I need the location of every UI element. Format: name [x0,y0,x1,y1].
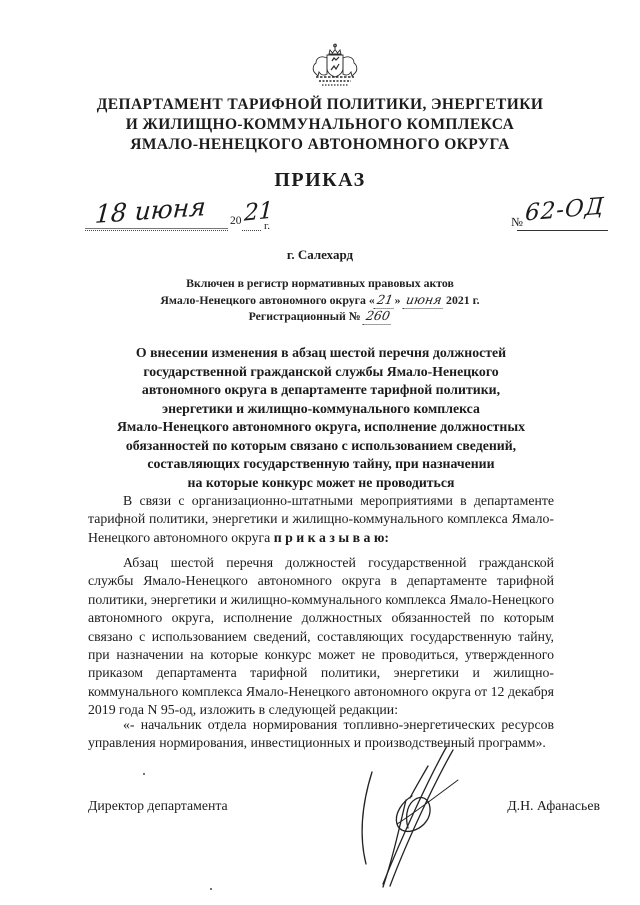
registration-line2: Ямало-Ненецкого автономного округа «21» … [0,292,640,309]
scan-speck [143,773,145,775]
handwritten-order-number: 62-ОД [524,193,605,226]
registration-number-label: Регистрационный № [249,309,361,323]
scan-speck [210,888,212,890]
handwritten-reg-day: 21 [373,292,396,309]
org-line: ДЕПАРТАМЕНТ ТАРИФНОЙ ПОЛИТИКИ, ЭНЕРГЕТИК… [0,95,640,115]
year-abbr: г. [264,220,270,232]
handwritten-reg-month: июня [402,292,444,309]
registration-line2-prefix: Ямало-Ненецкого автономного округа « [160,293,374,307]
title-line: на которые конкурс может не проводиться [88,474,554,493]
handwritten-reg-number: 260 [362,308,393,325]
scanned-order-document: ДЕПАРТАМЕНТ ТАРИФНОЙ ПОЛИТИКИ, ЭНЕРГЕТИК… [0,0,640,905]
registration-line2-year: 2021 г. [446,293,480,307]
number-underline [517,230,608,231]
year-underline [242,230,261,231]
title-line: энергетики и жилищно-коммунального компл… [88,400,554,419]
signer-name: Д.Н. Афанасьев [507,798,600,814]
signer-position: Директор департамента [88,798,228,814]
registration-block: Включен в регистр нормативных правовых а… [0,276,640,325]
organization-name: ДЕПАРТАМЕНТ ТАРИФНОЙ ПОЛИТИКИ, ЭНЕРГЕТИК… [0,95,640,155]
title-line: составляющих государственную тайну, при … [88,455,554,474]
title-line: обязанностей по которым связано с исполь… [88,437,554,456]
title-line: Ямало-Ненецкого автономного округа, испо… [88,418,554,437]
title-line: государственной гражданской службы Ямало… [88,363,554,382]
title-line: О внесении изменения в абзац шестой пере… [88,344,554,363]
order-verb-bold: п р и к а з ы в а ю: [274,530,389,545]
date-underline-dotted [85,230,228,231]
date-underline [85,228,228,229]
number-sign-label: № [511,215,523,230]
org-line: ЯМАЛО-НЕНЕЦКОГО АВТОНОМНОГО ОКРУГА [0,135,640,155]
registration-line1: Включен в регистр нормативных правовых а… [0,276,640,292]
printed-year-prefix: 20 [230,215,242,227]
org-line: И ЖИЛИЩНО-КОММУНАЛЬНОГО КОМПЛЕКСА [0,115,640,135]
place-line: г. Салехард [0,247,640,263]
paragraph-preamble: В связи с организационно-штатными меропр… [88,492,554,547]
coat-of-arms-icon [306,43,364,89]
registration-line3: Регистрационный № 260 [0,308,640,325]
paragraph-quoted-edit: «- начальник отдела нормирования топливн… [88,716,554,753]
title-line: автономного округа в департаменте тарифн… [88,381,554,400]
document-type-heading: ПРИКАЗ [0,169,640,192]
order-title: О внесении изменения в абзац шестой пере… [88,344,554,492]
paragraph-main: Абзац шестой перечня должностей государс… [88,554,554,720]
signature-flourish-icon [350,736,480,888]
handwritten-date: 18 июня [94,192,207,229]
